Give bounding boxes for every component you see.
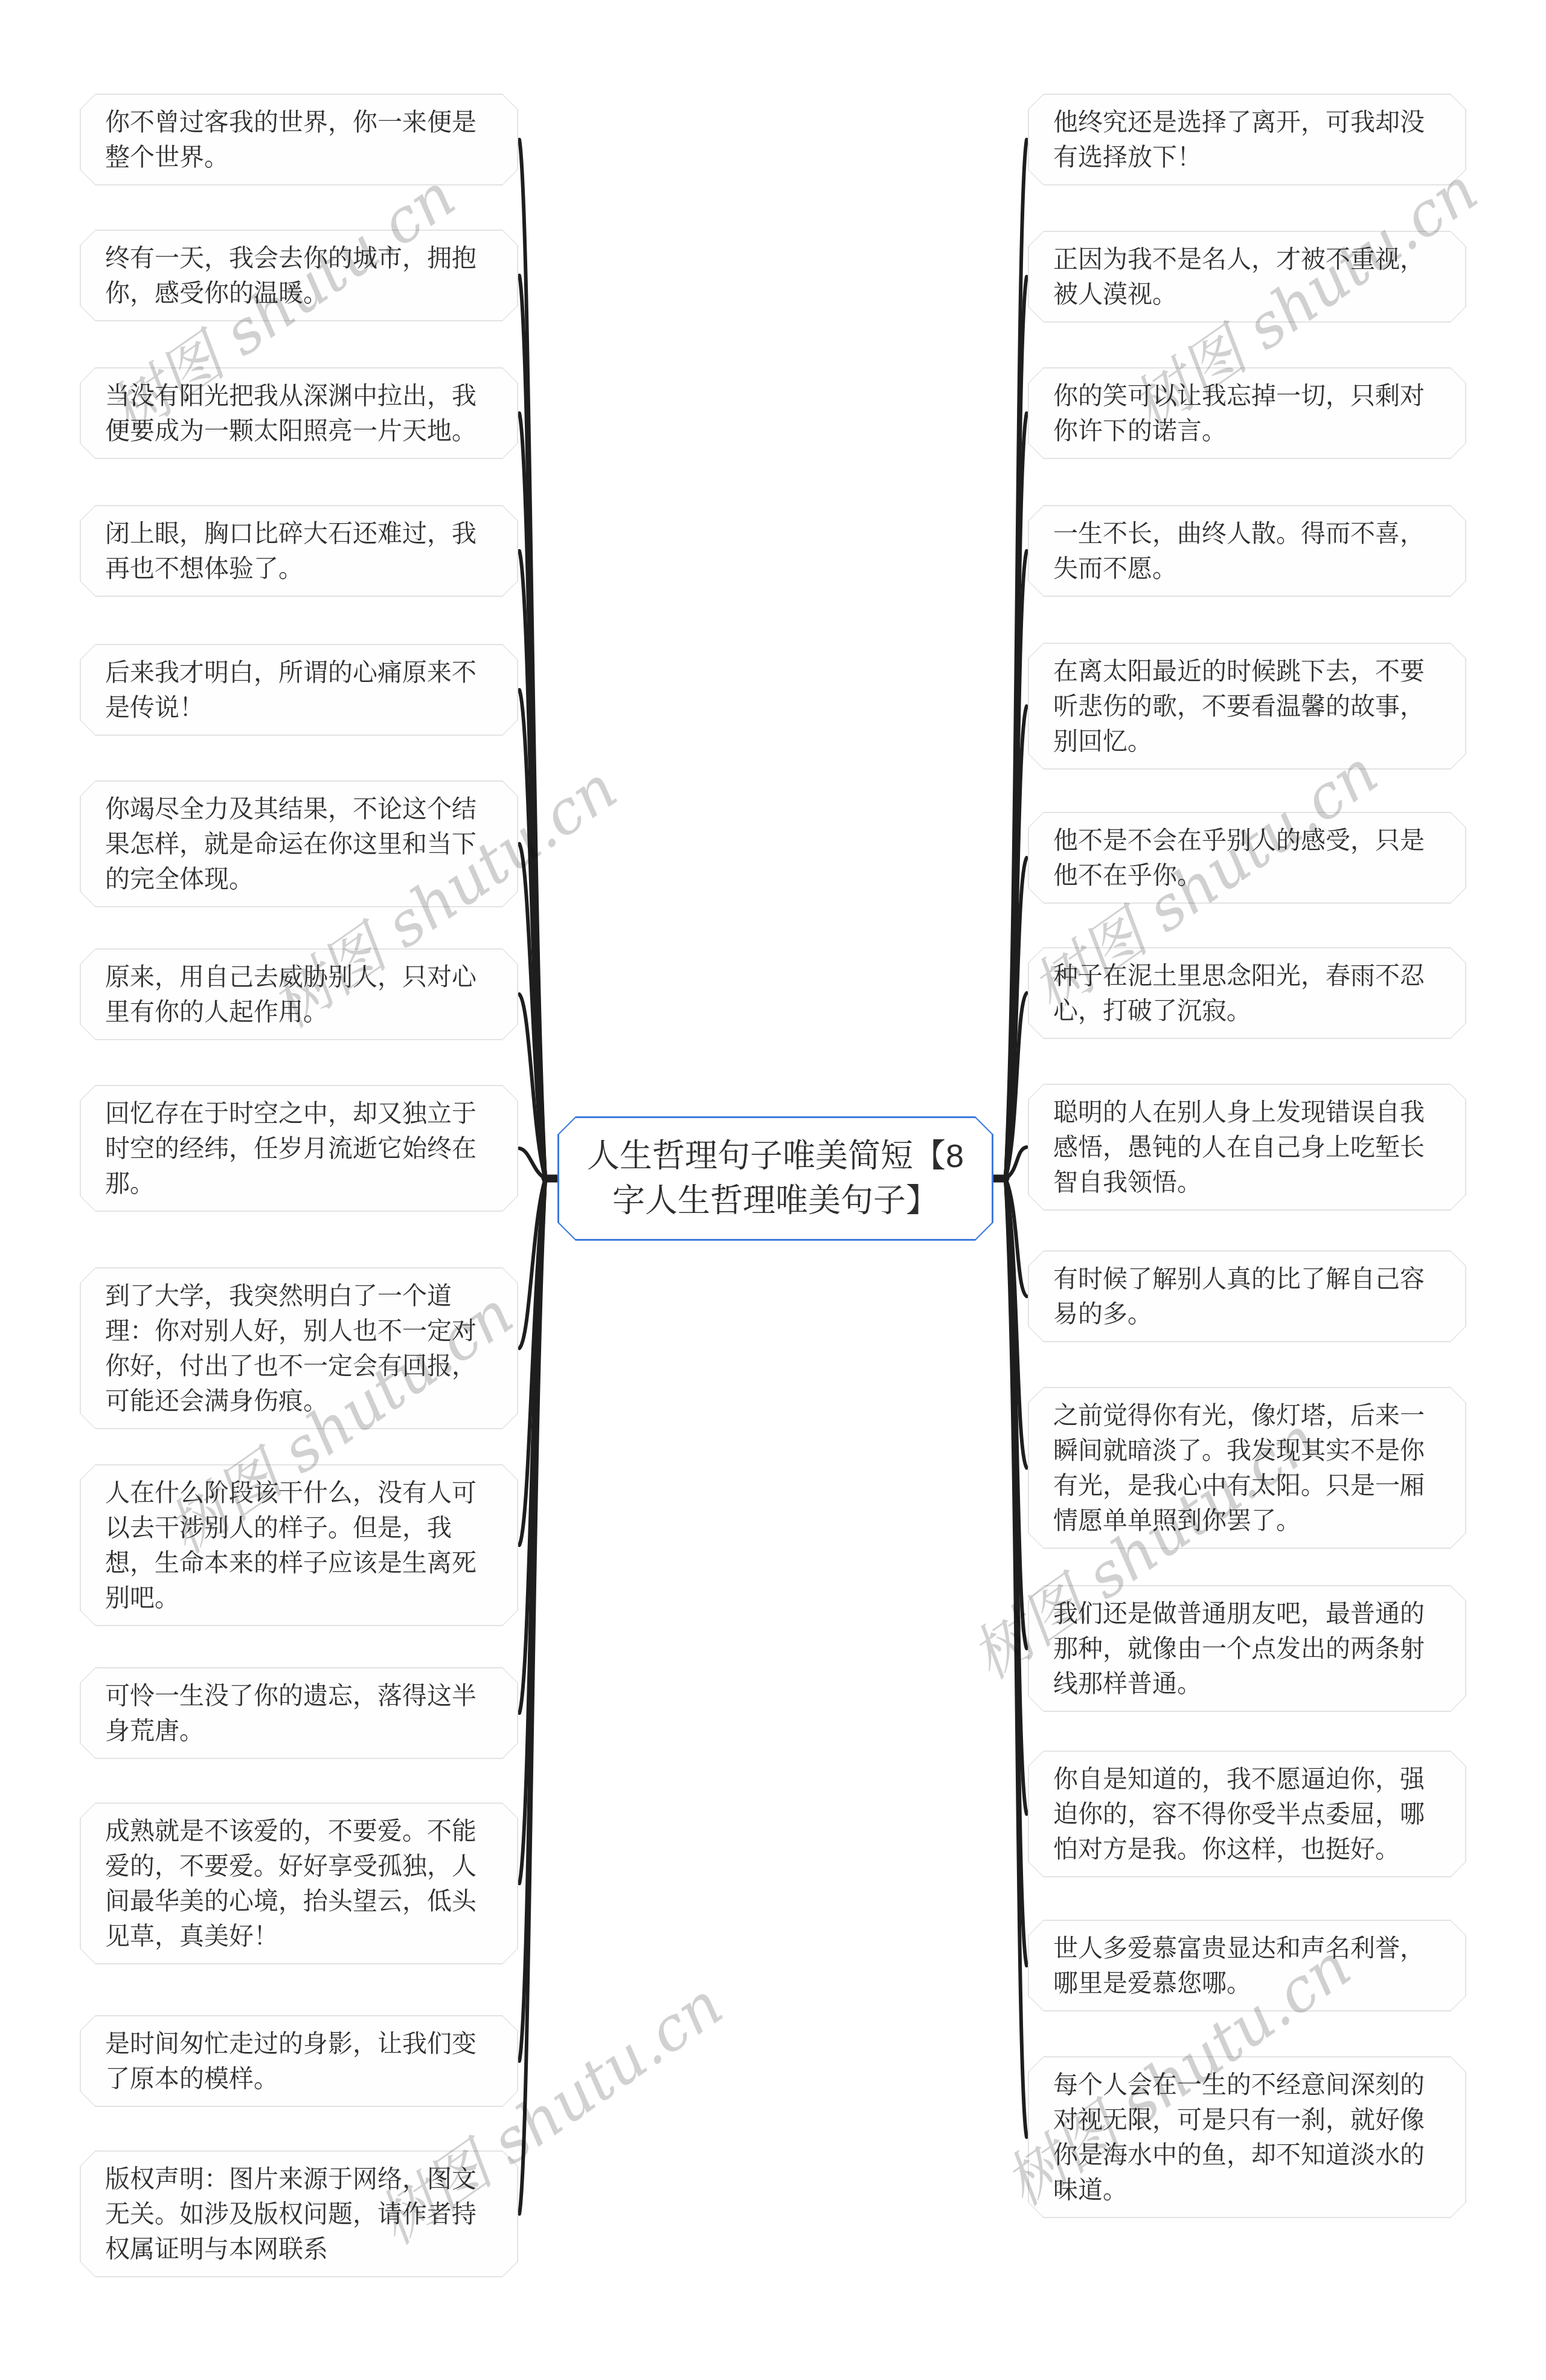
quote-text: 正因为我不是名人，才被不重视，被人漠视。 xyxy=(1029,232,1465,321)
quote-text: 我们还是做普通朋友吧，最普通的那种，就像由一个点发出的两条射线那样普通。 xyxy=(1029,1586,1465,1711)
quote-text: 他终究还是选择了离开，可我却没有选择放下！ xyxy=(1029,95,1465,184)
quote-text: 种子在泥土里思念阳光，春雨不忍心，打破了沉寂。 xyxy=(1029,948,1465,1038)
quote-node[interactable]: 后来我才明白，所谓的心痛原来不是传说！ xyxy=(80,644,518,736)
quote-node[interactable]: 你不曾过客我的世界，你一来便是整个世界。 xyxy=(80,94,518,185)
quote-node[interactable]: 在离太阳最近的时候跳下去，不要听悲伤的歌，不要看温馨的故事，别回忆。 xyxy=(1028,643,1466,770)
central-topic-node[interactable]: 人生哲理句子唯美简短【8字人生哲理唯美句子】 xyxy=(557,1116,993,1241)
quote-text: 一生不长，曲终人散。得而不喜，失而不愿。 xyxy=(1029,506,1465,596)
quote-node[interactable]: 你的笑可以让我忘掉一切，只剩对你许下的诺言。 xyxy=(1028,367,1466,459)
quote-node[interactable]: 他不是不会在乎别人的感受，只是他不在乎你。 xyxy=(1028,812,1466,904)
quote-node[interactable]: 你竭尽全力及其结果，不论这个结果怎样，就是命运在你这里和当下的完全体现。 xyxy=(80,780,518,907)
quote-text: 聪明的人在别人身上发现错误自我感悟，愚钝的人在自己身上吃堑长智自我领悟。 xyxy=(1029,1085,1465,1209)
quote-node[interactable]: 回忆存在于时空之中，却又独立于时空的经纬，任岁月流逝它始终在那。 xyxy=(80,1085,518,1212)
quote-node[interactable]: 闭上眼，胸口比碎大石还难过，我再也不想体验了。 xyxy=(80,505,518,597)
quote-text: 原来，用自己去威胁别人，只对心里有你的人起作用。 xyxy=(81,950,517,1039)
quote-node[interactable]: 他终究还是选择了离开，可我却没有选择放下！ xyxy=(1028,94,1466,185)
quote-node[interactable]: 每个人会在一生的不经意间深刻的对视无限，可是只有一刹，就好像你是海水中的鱼，却不… xyxy=(1028,2056,1466,2218)
quote-node[interactable]: 有时候了解别人真的比了解自己容易的多。 xyxy=(1028,1250,1466,1342)
quote-text: 后来我才明白，所谓的心痛原来不是传说！ xyxy=(81,645,517,735)
quote-node[interactable]: 正因为我不是名人，才被不重视，被人漠视。 xyxy=(1028,231,1466,323)
quote-node[interactable]: 之前觉得你有光，像灯塔，后来一瞬间就暗淡了。我发现其实不是你有光，是我心中有太阳… xyxy=(1028,1387,1466,1549)
quote-text: 版权声明：图片来源于网络，图文无关。如涉及版权问题，请作者持权属证明与本网联系 xyxy=(81,2152,517,2276)
quote-text: 有时候了解别人真的比了解自己容易的多。 xyxy=(1029,1252,1465,1341)
quote-text: 在离太阳最近的时候跳下去，不要听悲伤的歌，不要看温馨的故事，别回忆。 xyxy=(1029,644,1465,768)
quote-node[interactable]: 版权声明：图片来源于网络，图文无关。如涉及版权问题，请作者持权属证明与本网联系 xyxy=(80,2150,518,2277)
quote-node[interactable]: 可怜一生没了你的遗忘，落得这半身荒唐。 xyxy=(80,1667,518,1759)
mindmap-canvas: 树图 shutu.cn树图 shutu.cn树图 shutu.cn树图 shut… xyxy=(0,0,1546,2380)
quote-node[interactable]: 人在什么阶段该干什么，没有人可以去干涉别人的样子。但是，我想，生命本来的样子应该… xyxy=(80,1464,518,1626)
quote-text: 你的笑可以让我忘掉一切，只剩对你许下的诺言。 xyxy=(1029,368,1465,458)
quote-text: 你自是知道的，我不愿逼迫你，强迫你的，容不得你受半点委屈，哪怕对方是我。你这样，… xyxy=(1029,1752,1465,1876)
quote-node[interactable]: 我们还是做普通朋友吧，最普通的那种，就像由一个点发出的两条射线那样普通。 xyxy=(1028,1585,1466,1712)
quote-node[interactable]: 聪明的人在别人身上发现错误自我感悟，愚钝的人在自己身上吃堑长智自我领悟。 xyxy=(1028,1084,1466,1211)
quote-node[interactable]: 终有一天，我会去你的城市，拥抱你，感受你的温暖。 xyxy=(80,230,518,321)
quote-text: 到了大学，我突然明白了一个道理：你对别人好，别人也不一定对你好，付出了也不一定会… xyxy=(81,1269,517,1428)
quote-node[interactable]: 成熟就是不该爱的，不要爱。不能爱的，不要爱。好好享受孤独，人间最华美的心境，抬头… xyxy=(80,1803,518,1964)
quote-node[interactable]: 到了大学，我突然明白了一个道理：你对别人好，别人也不一定对你好，付出了也不一定会… xyxy=(80,1267,518,1429)
quote-text: 回忆存在于时空之中，却又独立于时空的经纬，任岁月流逝它始终在那。 xyxy=(81,1086,517,1211)
quote-node[interactable]: 一生不长，曲终人散。得而不喜，失而不愿。 xyxy=(1028,505,1466,597)
quote-text: 是时间匆忙走过的身影，让我们变了原本的模样。 xyxy=(81,2016,517,2106)
quote-text: 闭上眼，胸口比碎大石还难过，我再也不想体验了。 xyxy=(81,506,517,596)
quote-text: 每个人会在一生的不经意间深刻的对视无限，可是只有一刹，就好像你是海水中的鱼，却不… xyxy=(1029,2057,1465,2217)
quote-text: 终有一天，我会去你的城市，拥抱你，感受你的温暖。 xyxy=(81,231,517,320)
quote-text: 世人多爱慕富贵显达和声名利誉，哪里是爱慕您哪。 xyxy=(1029,1921,1465,2010)
quote-text: 你不曾过客我的世界，你一来便是整个世界。 xyxy=(81,95,517,184)
quote-node[interactable]: 你自是知道的，我不愿逼迫你，强迫你的，容不得你受半点委屈，哪怕对方是我。你这样，… xyxy=(1028,1751,1466,1877)
quote-text: 你竭尽全力及其结果，不论这个结果怎样，就是命运在你这里和当下的完全体现。 xyxy=(81,782,517,906)
quote-text: 可怜一生没了你的遗忘，落得这半身荒唐。 xyxy=(81,1668,517,1758)
quote-text: 成熟就是不该爱的，不要爱。不能爱的，不要爱。好好享受孤独，人间最华美的心境，抬头… xyxy=(81,1804,517,1963)
quote-text: 当没有阳光把我从深渊中拉出，我便要成为一颗太阳照亮一片天地。 xyxy=(81,368,517,458)
quote-node[interactable]: 种子在泥土里思念阳光，春雨不忍心，打破了沉寂。 xyxy=(1028,947,1466,1039)
quote-node[interactable]: 是时间匆忙走过的身影，让我们变了原本的模样。 xyxy=(80,2015,518,2107)
central-topic-label: 人生哲理句子唯美简短【8字人生哲理唯美句子】 xyxy=(559,1118,992,1239)
quote-node[interactable]: 当没有阳光把我从深渊中拉出，我便要成为一颗太阳照亮一片天地。 xyxy=(80,367,518,459)
quote-node[interactable]: 原来，用自己去威胁别人，只对心里有你的人起作用。 xyxy=(80,948,518,1040)
quote-node[interactable]: 世人多爱慕富贵显达和声名利誉，哪里是爱慕您哪。 xyxy=(1028,1920,1466,2012)
quote-text: 他不是不会在乎别人的感受，只是他不在乎你。 xyxy=(1029,813,1465,902)
quote-text: 人在什么阶段该干什么，没有人可以去干涉别人的样子。但是，我想，生命本来的样子应该… xyxy=(81,1465,517,1625)
quote-text: 之前觉得你有光，像灯塔，后来一瞬间就暗淡了。我发现其实不是你有光，是我心中有太阳… xyxy=(1029,1388,1465,1548)
